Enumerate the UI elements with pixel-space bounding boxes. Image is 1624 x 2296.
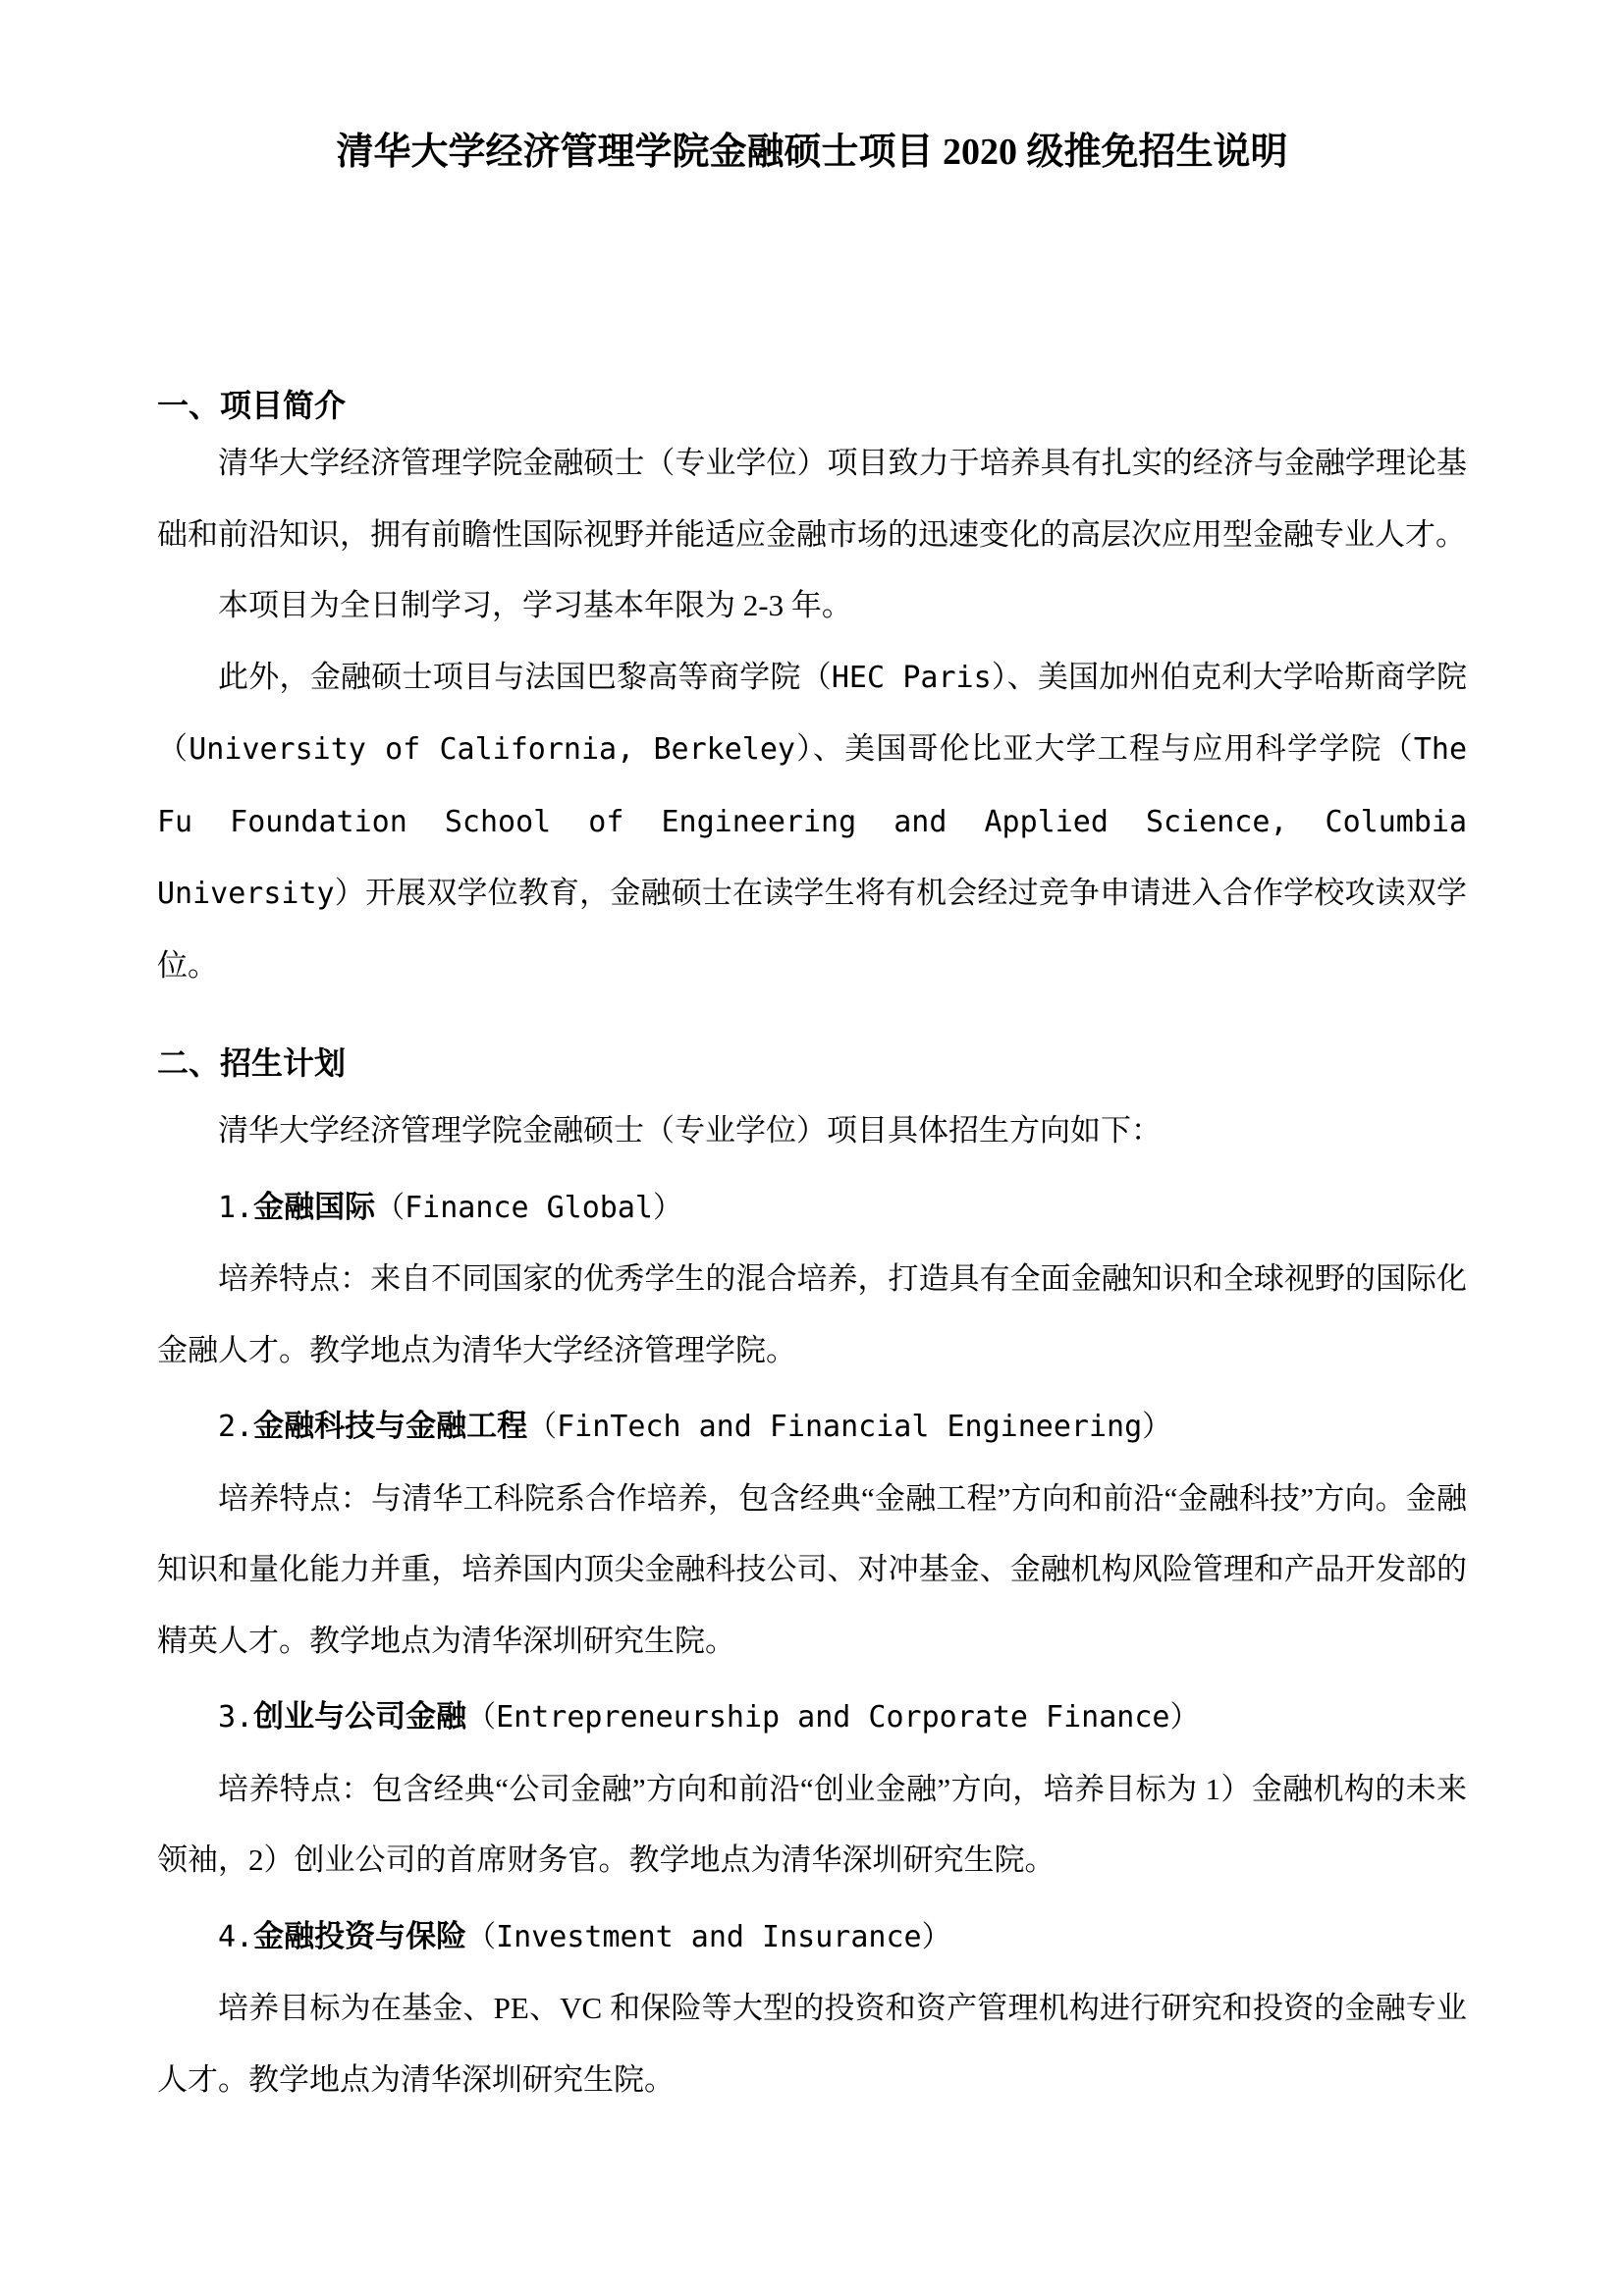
direction-1-description: 培养特点：来自不同国家的优秀学生的混合培养，打造具有全面金融知识和全球视野的国际… [157, 1244, 1467, 1386]
direction-4-title-zh: 金融投资与保险 [253, 1919, 466, 1954]
paragraph-study-duration: 本项目为全日制学习，学习基本年限为 2-3 年。 [157, 570, 1467, 642]
direction-3-number: 3. [218, 1700, 253, 1735]
dual-degree-text-zh-4: ）开展双学位教育，金融硕士在读学生将有机会经过竞争申请进入合作学校攻读双学位。 [157, 876, 1467, 983]
dual-degree-text-en-2: University of California, Berkeley [189, 732, 795, 767]
document-page: 清华大学经济管理学院金融硕士项目 2020 级推免招生说明 一、项目简介 清华大… [0, 0, 1624, 2296]
dual-degree-text-zh-3: ）、美国哥伦比亚大学工程与应用科学学院（ [795, 731, 1414, 766]
direction-4-number: 4. [218, 1920, 253, 1954]
paragraph-dual-degree: 此外，金融硕士项目与法国巴黎高等商学院（HEC Paris）、美国加州伯克利大学… [157, 642, 1467, 1002]
section-2-heading: 二、招生计划 [157, 1041, 1467, 1086]
paragraph-program-overview: 清华大学经济管理学院金融硕士（专业学位）项目致力于培养具有扎实的经济与金融学理论… [157, 428, 1467, 570]
dual-degree-text-zh-1: 此外，金融硕士项目与法国巴黎高等商学院（ [218, 660, 832, 694]
section-1-heading: 一、项目简介 [157, 383, 1467, 428]
paragraph-plan-intro: 清华大学经济管理学院金融硕士（专业学位）项目具体招生方向如下： [157, 1095, 1467, 1167]
section-admission-plan: 二、招生计划 清华大学经济管理学院金融硕士（专业学位）项目具体招生方向如下： 1… [157, 1041, 1467, 2115]
direction-4-title-en: （Investment and Insurance） [466, 1920, 950, 1954]
direction-1-title-en: （Finance Global） [375, 1191, 682, 1225]
direction-1-number: 1. [218, 1191, 253, 1225]
direction-2-description: 培养特点：与清华工科院系合作培养，包含经典“金融工程”方向和前沿“金融科技”方向… [157, 1464, 1467, 1678]
direction-2-number: 2. [218, 1410, 253, 1444]
dual-degree-text-en-1: HEC Paris [832, 661, 992, 695]
direction-3-title-en: （Entrepreneurship and Corporate Finance） [466, 1700, 1199, 1735]
document-title: 清华大学经济管理学院金融硕士项目 2020 级推免招生说明 [157, 124, 1467, 181]
direction-3-heading: 3.创业与公司金融（Entrepreneurship and Corporate… [157, 1682, 1467, 1754]
direction-3-description: 培养特点：包含经典“公司金融”方向和前沿“创业金融”方向，培养目标为 1）金融机… [157, 1754, 1467, 1896]
direction-1-title-zh: 金融国际 [253, 1190, 375, 1225]
direction-2-heading: 2.金融科技与金融工程（FinTech and Financial Engine… [157, 1391, 1467, 1464]
direction-1-heading: 1.金融国际（Finance Global） [157, 1172, 1467, 1245]
direction-4-heading: 4.金融投资与保险（Investment and Insurance） [157, 1901, 1467, 1974]
direction-2-title-en: （FinTech and Financial Engineering） [527, 1410, 1171, 1444]
section-project-intro: 一、项目简介 清华大学经济管理学院金融硕士（专业学位）项目致力于培养具有扎实的经… [157, 383, 1467, 1001]
direction-3-title-zh: 创业与公司金融 [253, 1699, 466, 1735]
direction-4-description: 培养目标为在基金、PE、VC 和保险等大型的投资和资产管理机构进行研究和投资的金… [157, 1973, 1467, 2115]
direction-2-title-zh: 金融科技与金融工程 [253, 1409, 527, 1444]
